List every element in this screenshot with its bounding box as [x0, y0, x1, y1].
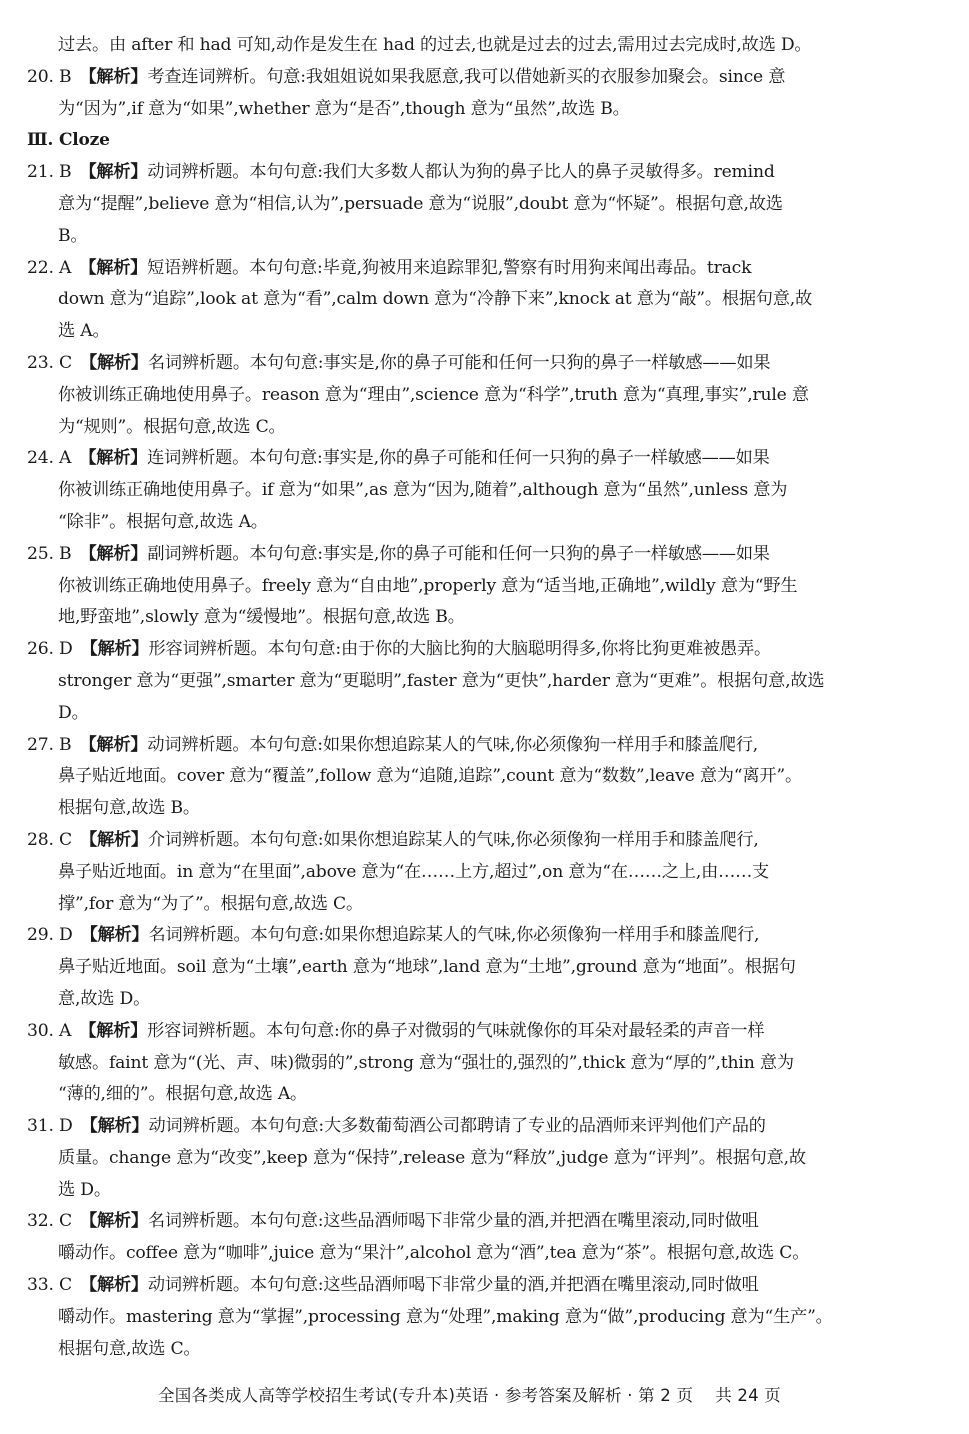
answer-item-first-line: 31. D【解析】动词辨析题。本句句意:大多数葡萄酒公司都聘请了专业的品酒师来评…: [27, 1111, 912, 1143]
analysis-tag: 【解析】: [79, 258, 147, 278]
analysis-tag: 【解析】: [80, 1275, 148, 1295]
analysis-tag: 【解析】: [79, 544, 147, 564]
answer-item-first-line: 27. B【解析】动词辨析题。本句句意:如果你想追踪某人的气味,你必须像狗一样用…: [27, 730, 912, 762]
answer-item-first-line: 20. B【解析】考查连词辨析。句意:我姐姐说如果我愿意,我可以借她新买的衣服参…: [27, 62, 912, 94]
answer-item-first-line: 22. A【解析】短语辨析题。本句句意:毕竟,狗被用来追踪罪犯,警察有时用狗来闻…: [27, 253, 912, 285]
document-page: 过去。由 after 和 had 可知,动作是发生在 had 的过去,也就是过去…: [0, 0, 969, 1434]
analysis-tag: 【解析】: [80, 1211, 148, 1231]
question-number-answer: 27. B: [27, 730, 71, 762]
question-number-answer: 25. B: [27, 539, 71, 571]
answer-item-continuation-line: 选 A。: [27, 316, 912, 348]
answer-item-continuation-line: stronger 意为“更强”,smarter 意为“更聪明”,faster 意…: [27, 666, 912, 698]
explanation-text: 短语辨析题。本句句意:毕竟,狗被用来追踪罪犯,警察有时用狗来闻出毒品。track: [147, 258, 751, 278]
question-number-answer: 23. C: [27, 348, 72, 380]
analysis-tag: 【解析】: [80, 830, 148, 850]
answer-item-continuation-line: B。: [27, 221, 912, 253]
answer-item-first-line: 32. C【解析】名词辨析题。本句句意:这些品酒师喝下非常少量的酒,并把酒在嘴里…: [27, 1206, 912, 1238]
explanation-text: 副词辨析题。本句句意:事实是,你的鼻子可能和任何一只狗的鼻子一样敏感——如果: [147, 544, 769, 564]
question-number-answer: 33. C: [27, 1270, 72, 1302]
question-number-answer: 30. A: [27, 1016, 71, 1048]
answer-item-continuation-line: 鼻子贴近地面。cover 意为“覆盖”,follow 意为“追随,追踪”,cou…: [27, 761, 912, 793]
question-number-answer: 22. A: [27, 253, 71, 285]
page-footer: 全国各类成人高等学校招生考试(专升本)英语 · 参考答案及解析 · 第 2 页 …: [0, 1382, 969, 1406]
answer-item-continuation-line: 你被训练正确地使用鼻子。reason 意为“理由”,science 意为“科学”…: [27, 380, 912, 412]
answer-item-continuation-line: 为“因为”,if 意为“如果”,whether 意为“是否”,though 意为…: [27, 94, 912, 126]
answer-item-first-line: 21. B【解析】动词辨析题。本句句意:我们大多数人都认为狗的鼻子比人的鼻子灵敏…: [27, 157, 912, 189]
question-number-answer: 31. D: [27, 1111, 73, 1143]
answer-item-continuation-line: 敏感。faint 意为“(光、声、味)微弱的”,strong 意为“强壮的,强烈…: [27, 1048, 912, 1080]
answer-item-first-line: 29. D【解析】名词辨析题。本句句意:如果你想追踪某人的气味,你必须像狗一样用…: [27, 920, 912, 952]
question-number-answer: 21. B: [27, 157, 71, 189]
question-number-answer: 20. B: [27, 62, 71, 94]
answer-item-continuation-line: 为“规则”。根据句意,故选 C。: [27, 412, 912, 444]
analysis-tag: 【解析】: [81, 925, 149, 945]
answer-item-continuation-line: 鼻子贴近地面。soil 意为“土壤”,earth 意为“地球”,land 意为“…: [27, 952, 912, 984]
explanation-text: 动词辨析题。本句句意:如果你想追踪某人的气味,你必须像狗一样用手和膝盖爬行,: [147, 735, 758, 755]
analysis-tag: 【解析】: [79, 67, 147, 87]
answer-item-first-line: 30. A【解析】形容词辨析题。本句句意:你的鼻子对微弱的气味就像你的耳朵对最轻…: [27, 1016, 912, 1048]
question-number-answer: 32. C: [27, 1206, 72, 1238]
analysis-tag: 【解析】: [79, 1021, 147, 1041]
answer-item-continuation-line: 根据句意,故选 B。: [27, 793, 912, 825]
answer-item-first-line: 33. C【解析】动词辨析题。本句句意:这些品酒师喝下非常少量的酒,并把酒在嘴里…: [27, 1270, 912, 1302]
answer-item-continuation-line: 你被训练正确地使用鼻子。if 意为“如果”,as 意为“因为,随着”,altho…: [27, 475, 912, 507]
explanation-text: 形容词辨析题。本句句意:你的鼻子对微弱的气味就像你的耳朵对最轻柔的声音一样: [147, 1021, 764, 1041]
analysis-tag: 【解析】: [79, 448, 147, 468]
answer-item-continuation-line: 你被训练正确地使用鼻子。freely 意为“自由地”,properly 意为“适…: [27, 571, 912, 603]
explanation-text: 名词辨析题。本句句意:这些品酒师喝下非常少量的酒,并把酒在嘴里滚动,同时做咀: [148, 1211, 759, 1231]
section-heading-cloze: Ⅲ. Cloze: [27, 125, 912, 157]
answer-item-continuation-line: 意,故选 D。: [27, 984, 912, 1016]
explanation-text: 名词辨析题。本句句意:事实是,你的鼻子可能和任何一只狗的鼻子一样敏感——如果: [148, 353, 770, 373]
answer-item-continuation-line: 地,野蛮地”,slowly 意为“缓慢地”。根据句意,故选 B。: [27, 602, 912, 634]
explanation-text: 形容词辨析题。本句句意:由于你的大脑比狗的大脑聪明得多,你将比狗更难被愚弄。: [149, 639, 771, 659]
analysis-tag: 【解析】: [79, 162, 147, 182]
answer-item-continuation-line: 意为“提醒”,believe 意为“相信,认为”,persuade 意为“说服”…: [27, 189, 912, 221]
question-number-answer: 28. C: [27, 825, 72, 857]
answer-item-continuation-line: 嚼动作。mastering 意为“掌握”,processing 意为“处理”,m…: [27, 1302, 912, 1334]
explanation-text: 名词辨析题。本句句意:如果你想追踪某人的气味,你必须像狗一样用手和膝盖爬行,: [149, 925, 760, 945]
answer-item-continuation-line: D。: [27, 698, 912, 730]
answer-item-continuation-line: 质量。change 意为“改变”,keep 意为“保持”,release 意为“…: [27, 1143, 912, 1175]
answer-item-continuation-line: “除非”。根据句意,故选 A。: [27, 507, 912, 539]
answer-item-continuation-line: “薄的,细的”。根据句意,故选 A。: [27, 1079, 912, 1111]
answer-item-first-line: 23. C【解析】名词辨析题。本句句意:事实是,你的鼻子可能和任何一只狗的鼻子一…: [27, 348, 912, 380]
answer-item-continuation-line: 鼻子贴近地面。in 意为“在里面”,above 意为“在……上方,超过”,on …: [27, 857, 912, 889]
analysis-tag: 【解析】: [80, 353, 148, 373]
answer-item-first-line: 25. B【解析】副词辨析题。本句句意:事实是,你的鼻子可能和任何一只狗的鼻子一…: [27, 539, 912, 571]
answer-item-continuation-line: 根据句意,故选 C。: [27, 1334, 912, 1366]
answer-item-continuation-line: down 意为“追踪”,look at 意为“看”,calm down 意为“冷…: [27, 284, 912, 316]
question-number-answer: 24. A: [27, 443, 71, 475]
answer-item-first-line: 28. C【解析】介词辨析题。本句句意:如果你想追踪某人的气味,你必须像狗一样用…: [27, 825, 912, 857]
answer-explanations: 过去。由 after 和 had 可知,动作是发生在 had 的过去,也就是过去…: [27, 30, 912, 1365]
explanation-text: 介词辨析题。本句句意:如果你想追踪某人的气味,你必须像狗一样用手和膝盖爬行,: [148, 830, 759, 850]
answer-item-first-line: 24. A【解析】连词辨析题。本句句意:事实是,你的鼻子可能和任何一只狗的鼻子一…: [27, 443, 912, 475]
explanation-text: 动词辨析题。本句句意:这些品酒师喝下非常少量的酒,并把酒在嘴里滚动,同时做咀: [148, 1275, 759, 1295]
explanation-text: 连词辨析题。本句句意:事实是,你的鼻子可能和任何一只狗的鼻子一样敏感——如果: [147, 448, 769, 468]
answer-item-continuation-line: 撑”,for 意为“为了”。根据句意,故选 C。: [27, 889, 912, 921]
analysis-tag: 【解析】: [79, 735, 147, 755]
answer-item-continuation-line: 嚼动作。coffee 意为“咖啡”,juice 意为“果汁”,alcohol 意…: [27, 1238, 912, 1270]
previous-item-continuation: 过去。由 after 和 had 可知,动作是发生在 had 的过去,也就是过去…: [27, 30, 912, 62]
question-number-answer: 29. D: [27, 920, 73, 952]
question-number-answer: 26. D: [27, 634, 73, 666]
explanation-text: 动词辨析题。本句句意:我们大多数人都认为狗的鼻子比人的鼻子灵敏得多。remind: [147, 162, 774, 182]
analysis-tag: 【解析】: [81, 1116, 149, 1136]
explanation-text: 动词辨析题。本句句意:大多数葡萄酒公司都聘请了专业的品酒师来评判他们产品的: [149, 1116, 766, 1136]
answer-item-continuation-line: 选 D。: [27, 1175, 912, 1207]
explanation-text: 考查连词辨析。句意:我姐姐说如果我愿意,我可以借她新买的衣服参加聚会。since…: [147, 67, 785, 87]
answer-item-first-line: 26. D【解析】形容词辨析题。本句句意:由于你的大脑比狗的大脑聪明得多,你将比…: [27, 634, 912, 666]
analysis-tag: 【解析】: [81, 639, 149, 659]
